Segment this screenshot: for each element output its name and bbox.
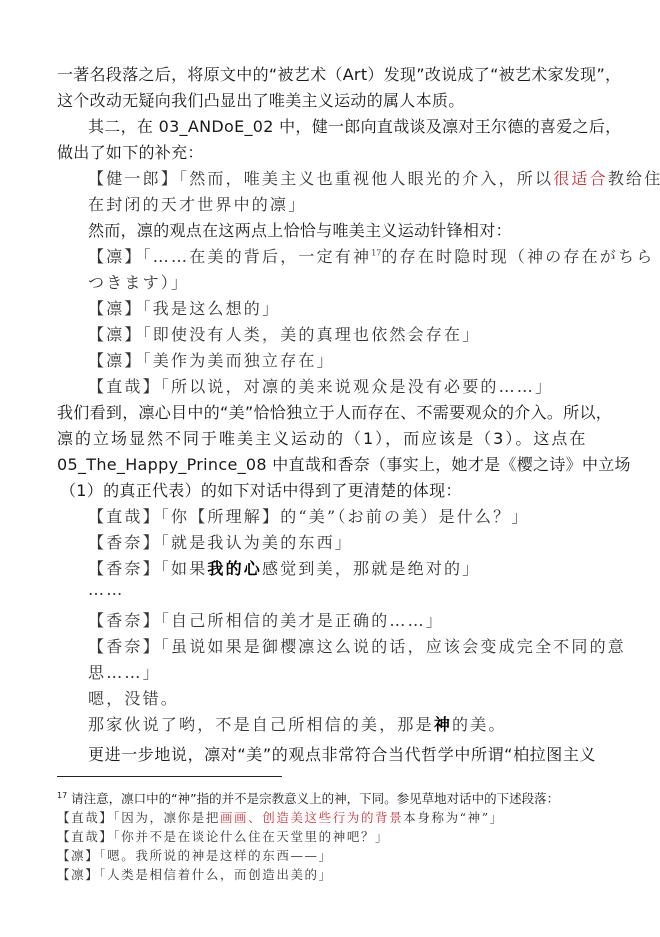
quote-text: 【香奈】「如果	[88, 559, 207, 578]
dialogue-quote: 【香奈】「如果我的心感觉到美，那就是绝对的」	[88, 556, 480, 579]
dialogue-quote: 在封闭的天才世界中的凛」	[88, 192, 306, 215]
quote-text: 【健一郎】「然而，唯美主义也重视他人眼光的介入，所以	[88, 169, 553, 188]
highlighted-text: 画画、创造美这些行为的背景	[220, 810, 403, 825]
quote-text: 教给住	[608, 169, 660, 188]
bold-text: 神	[434, 715, 452, 734]
bold-text: 我的心	[207, 559, 262, 578]
footnote-quote: 【凛】「人类是相信着什么，而创造出美的」	[57, 865, 333, 883]
paragraph-line: 更进一步地说，凛对“美”的观点非常符合当代哲学中所谓“柏拉图主义	[88, 742, 596, 765]
quote-text: 本身称为“神”」	[403, 810, 504, 825]
paragraph-line: 做出了如下的补充：	[57, 140, 204, 163]
footnote-quote: 【直哉】「你并不是在谈论什么住在天堂里的神吧？」	[57, 827, 389, 845]
dialogue-quote: 【凛】「美作为美而独立存在」	[88, 348, 335, 371]
dialogue-quote: 【健一郎】「然而，唯美主义也重视他人眼光的介入，所以很适合教给住	[88, 166, 660, 189]
dialogue-quote: 那家伙说了哟，不是自己所相信的美，那是神的美。	[88, 712, 507, 735]
quote-text: 的存在时隐时现（神の存在がちら	[381, 247, 654, 266]
dialogue-quote: 【凛】「……在美的背后，一定有神17的存在时隐时现（神の存在がちら	[88, 244, 654, 267]
dialogue-quote: 【直哉】「你【所理解】的“美”（お前の美）是什么？」	[88, 504, 530, 527]
quote-text: 那家伙说了哟，不是自己所相信的美，那是	[88, 715, 434, 734]
footnote-ref[interactable]: 17	[371, 249, 381, 258]
footnote: 17 请注意，凛口中的“神”指的并不是宗教意义上的神，下同。参见草地对话中的下述…	[57, 789, 559, 807]
dialogue-quote: 【凛】「即使没有人类，美的真理也依然会存在」	[88, 322, 480, 345]
footnote-number: 17	[57, 791, 67, 800]
paragraph-line: 我们看到，凛心目中的“美”恰恰独立于人而存在、不需要观众的介入。所以，	[57, 400, 612, 423]
quote-text: 感觉到美，那就是绝对的」	[262, 559, 480, 578]
footnote-text: 请注意，凛口中的“神”指的并不是宗教意义上的神，下同。参见草地对话中的下述段落：	[71, 791, 559, 806]
footnote-quote: 【凛】「嗯。我所说的神是这样的东西——」	[57, 846, 333, 864]
paragraph-line: （1）的真正代表）的如下对话中得到了更清楚的体现：	[60, 478, 462, 501]
footnote-quote: 【直哉】「因为，凛你是把画画、创造美这些行为的背景本身称为“神”」	[57, 808, 504, 826]
dialogue-quote: 【香奈】「自己所相信的美才是正确的……」	[88, 608, 444, 631]
dialogue-quote: 【凛】「我是这么想的」	[88, 296, 280, 319]
dialogue-quote: 嗯，没错。	[88, 686, 179, 709]
footnote-divider	[57, 776, 282, 777]
paragraph-line: 05_The_Happy_Prince_08 中直哉和香奈（事实上，她才是《樱之…	[57, 452, 631, 475]
dialogue-quote: つきます）」	[88, 270, 189, 293]
quote-text: 【凛】「……在美的背后，一定有神	[88, 247, 371, 266]
dialogue-quote: 思……」	[88, 660, 161, 683]
paragraph-line: 一著名段落之后，将原文中的“被艺术（Art）发现”改说成了“被艺术家发现”，	[57, 62, 621, 85]
dialogue-quote: 【香奈】「虽说如果是御樱凛这么说的话，应该会变成完全不同的意	[88, 634, 626, 657]
highlighted-text: 很适合	[553, 169, 608, 188]
dialogue-quote: 【直哉】「所以说，对凛的美来说观众是没有必要的……」	[88, 374, 553, 397]
document-page: 一著名段落之后，将原文中的“被艺术（Art）发现”改说成了“被艺术家发现”， 这…	[0, 0, 660, 937]
paragraph-line: 凛的立场显然不同于唯美主义运动的（1），而应该是（3）。这点在	[57, 426, 587, 449]
paragraph-line: 这个改动无疑向我们凸显出了唯美主义运动的属人本质。	[57, 88, 465, 111]
ellipsis: ……	[88, 580, 124, 599]
quote-text: 【直哉】「因为，凛你是把	[57, 810, 220, 825]
paragraph-line: 其二，在 03_ANDoE_02 中，健一郎向直哉谈及凛对王尔德的喜爱之后，	[88, 114, 621, 137]
dialogue-quote: 【香奈】「就是我认为美的东西」	[88, 530, 353, 553]
quote-text: 的美。	[452, 715, 507, 734]
paragraph-line: 然而，凛的观点在这两点上恰恰与唯美主义运动针锋相对：	[88, 218, 512, 241]
